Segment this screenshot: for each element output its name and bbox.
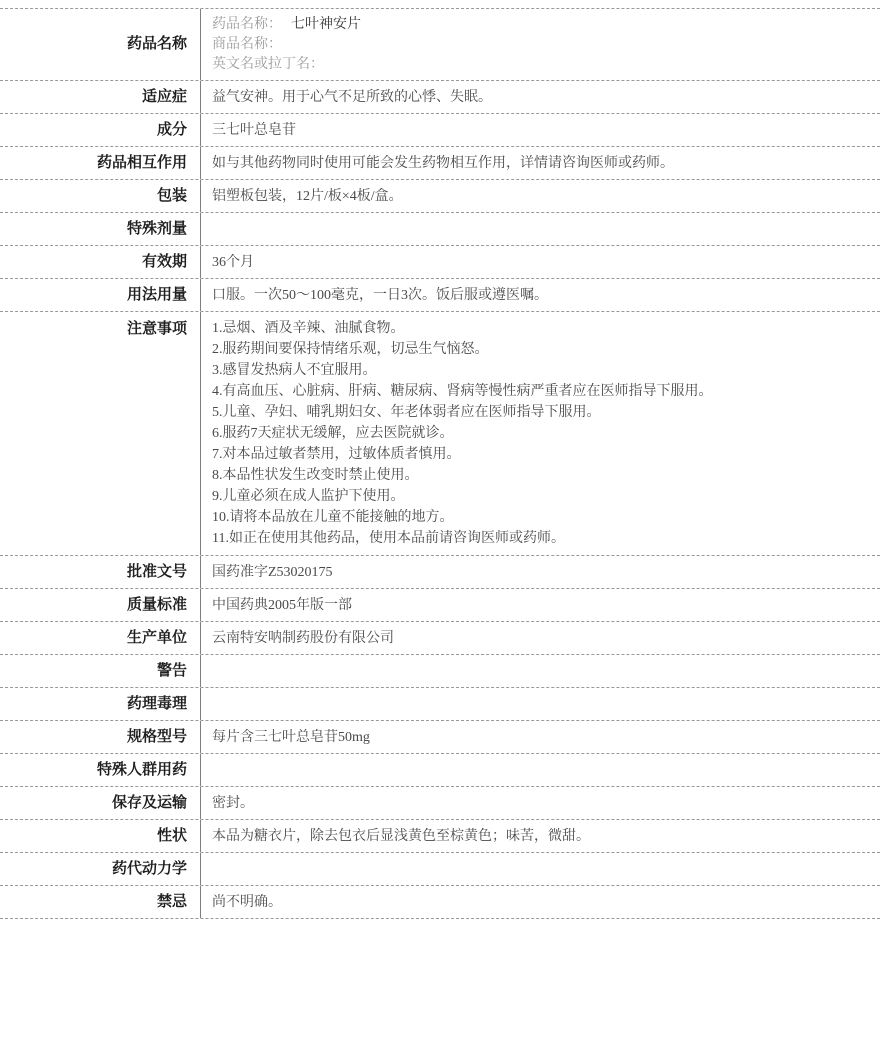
table-row: 规格型号每片含三七叶总皂苷50mg — [0, 721, 880, 754]
field-label: 英文名或拉丁名： — [212, 57, 324, 72]
note-item: 4.有高血压、心脏病、肝病、糖尿病、肾病等慢性病严重者应在医师指导下服用。 — [212, 381, 868, 402]
row-label: 保存及运输 — [0, 787, 201, 819]
field-label: 药品名称： — [212, 17, 282, 32]
row-value: 每片含三七叶总皂苷50mg — [201, 723, 880, 752]
row-label: 有效期 — [0, 246, 201, 278]
row-value — [201, 667, 880, 675]
row-value: 本品为糖衣片，除去包衣后显浅黄色至棕黄色；味苦，微甜。 — [201, 822, 880, 851]
name-line: 药品名称：七叶神安片 — [212, 15, 868, 35]
note-item: 10.请将本品放在儿童不能接触的地方。 — [212, 507, 868, 528]
row-label: 药理毒理 — [0, 688, 201, 720]
note-item: 7.对本品过敏者禁用，过敏体质者慎用。 — [212, 444, 868, 465]
table-row: 药品名称药品名称：七叶神安片商品名称：英文名或拉丁名： — [0, 9, 880, 81]
row-value: 国药准字Z53020175 — [201, 558, 880, 587]
row-value: 云南特安呐制药股份有限公司 — [201, 624, 880, 653]
row-label: 批准文号 — [0, 556, 201, 588]
table-row: 批准文号国药准字Z53020175 — [0, 556, 880, 589]
drug-detail-page: 药品名称药品名称：七叶神安片商品名称：英文名或拉丁名：适应症益气安神。用于心气不… — [0, 8, 880, 1058]
table-row: 特殊剂量 — [0, 213, 880, 246]
drug-info-table: 药品名称药品名称：七叶神安片商品名称：英文名或拉丁名：适应症益气安神。用于心气不… — [0, 8, 880, 919]
table-row: 注意事项1.忌烟、酒及辛辣、油腻食物。2.服药期间要保持情绪乐观，切忌生气恼怒。… — [0, 312, 880, 556]
row-value: 如与其他药物同时使用可能会发生药物相互作用，详情请咨询医师或药师。 — [201, 149, 880, 178]
row-value — [201, 225, 880, 233]
row-value: 益气安神。用于心气不足所致的心悸、失眠。 — [201, 83, 880, 112]
row-label: 规格型号 — [0, 721, 201, 753]
table-row: 药理毒理 — [0, 688, 880, 721]
note-item: 8.本品性状发生改变时禁止使用。 — [212, 465, 868, 486]
row-value: 尚不明确。 — [201, 888, 880, 917]
note-item: 1.忌烟、酒及辛辣、油腻食物。 — [212, 318, 868, 339]
table-row: 有效期36个月 — [0, 246, 880, 279]
row-label: 注意事项 — [0, 312, 201, 555]
field-label: 商品名称： — [212, 37, 282, 52]
row-label: 成分 — [0, 114, 201, 146]
note-item: 9.儿童必须在成人监护下使用。 — [212, 486, 868, 507]
note-item: 3.感冒发热病人不宜服用。 — [212, 360, 868, 381]
row-value: 密封。 — [201, 789, 880, 818]
note-item: 11.如正在使用其他药品，使用本品前请咨询医师或药师。 — [212, 528, 868, 549]
row-value — [201, 700, 880, 708]
note-item: 2.服药期间要保持情绪乐观，切忌生气恼怒。 — [212, 339, 868, 360]
name-line: 商品名称： — [212, 35, 868, 55]
table-row: 警告 — [0, 655, 880, 688]
table-row: 质量标准中国药典2005年版一部 — [0, 589, 880, 622]
row-label: 特殊剂量 — [0, 213, 201, 245]
row-value — [201, 766, 880, 774]
row-label: 药品相互作用 — [0, 147, 201, 179]
row-label: 药代动力学 — [0, 853, 201, 885]
row-label: 药品名称 — [0, 9, 201, 80]
table-row: 生产单位云南特安呐制药股份有限公司 — [0, 622, 880, 655]
table-row: 包装铝塑板包装，12片/板×4板/盒。 — [0, 180, 880, 213]
row-value — [201, 865, 880, 873]
row-value: 中国药典2005年版一部 — [201, 591, 880, 620]
table-row: 用法用量口服。一次50～100毫克，一日3次。饭后服或遵医嘱。 — [0, 279, 880, 312]
table-row: 适应症益气安神。用于心气不足所致的心悸、失眠。 — [0, 81, 880, 114]
note-item: 6.服药7天症状无缓解，应去医院就诊。 — [212, 423, 868, 444]
row-label: 警告 — [0, 655, 201, 687]
table-row: 特殊人群用药 — [0, 754, 880, 787]
row-value: 口服。一次50～100毫克，一日3次。饭后服或遵医嘱。 — [201, 281, 880, 310]
row-label: 适应症 — [0, 81, 201, 113]
row-value: 三七叶总皂苷 — [201, 116, 880, 145]
table-row: 成分三七叶总皂苷 — [0, 114, 880, 147]
row-label: 生产单位 — [0, 622, 201, 654]
row-label: 用法用量 — [0, 279, 201, 311]
row-value: 铝塑板包装，12片/板×4板/盒。 — [201, 182, 880, 211]
field-value: 七叶神安片 — [291, 17, 361, 32]
row-label: 禁忌 — [0, 886, 201, 918]
table-row: 保存及运输密封。 — [0, 787, 880, 820]
table-row: 性状本品为糖衣片，除去包衣后显浅黄色至棕黄色；味苦，微甜。 — [0, 820, 880, 853]
table-row: 药品相互作用如与其他药物同时使用可能会发生药物相互作用，详情请咨询医师或药师。 — [0, 147, 880, 180]
row-value: 1.忌烟、酒及辛辣、油腻食物。2.服药期间要保持情绪乐观，切忌生气恼怒。3.感冒… — [201, 312, 880, 555]
note-item: 5.儿童、孕妇、哺乳期妇女、年老体弱者应在医师指导下服用。 — [212, 402, 868, 423]
table-row: 禁忌尚不明确。 — [0, 886, 880, 919]
row-label: 特殊人群用药 — [0, 754, 201, 786]
table-row: 药代动力学 — [0, 853, 880, 886]
row-value: 36个月 — [201, 248, 880, 277]
row-label: 包装 — [0, 180, 201, 212]
row-label: 性状 — [0, 820, 201, 852]
name-line: 英文名或拉丁名： — [212, 55, 868, 75]
row-label: 质量标准 — [0, 589, 201, 621]
row-value: 药品名称：七叶神安片商品名称：英文名或拉丁名： — [201, 11, 880, 79]
